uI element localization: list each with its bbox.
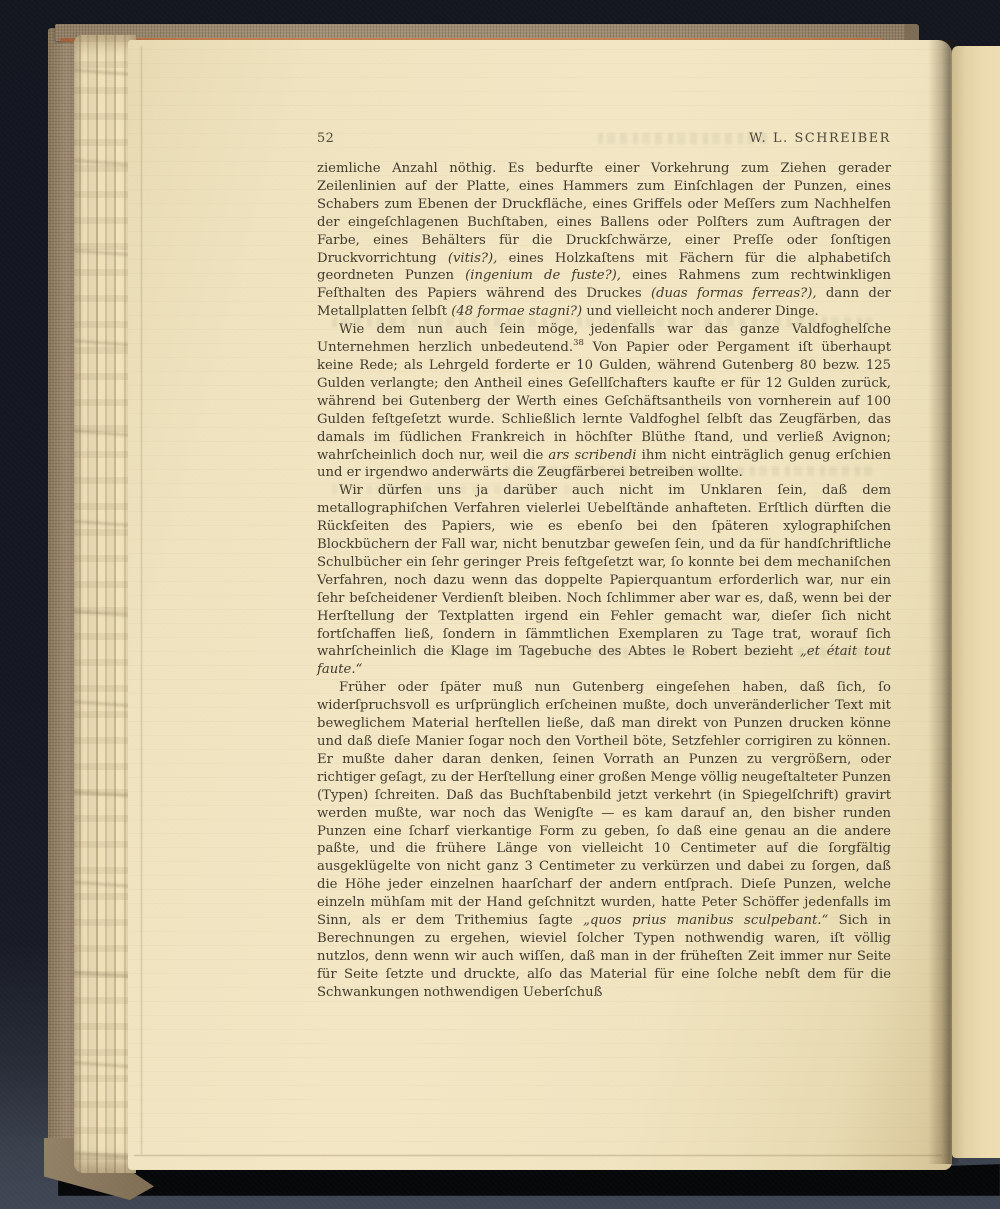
text-segment: (duas formas ferreas?), (651, 286, 817, 301)
footnote-reference: 38 (573, 338, 584, 348)
text-segment: „quos prius manibus sculpebant.“ (583, 913, 828, 928)
running-title: W. L. SCHREIBER (749, 131, 891, 146)
text-segment: und vielleicht noch anderer Dinge. (582, 304, 819, 319)
book-page-right-sliver (952, 46, 1000, 1158)
text-segment: (vitis?), (448, 251, 498, 266)
paragraph: Wir dürfen uns ja darüber auch nicht im … (317, 482, 891, 679)
text-segment: Von Papier oder Pergament iſt überhaupt … (317, 340, 891, 462)
body-text: ziemliche Anzahl nöthig. Es bedurfte ein… (317, 160, 891, 1002)
deckle-page-edges (74, 35, 136, 1173)
text-segment: Wir dürfen uns ja darüber auch nicht im … (317, 483, 891, 659)
text-segment: Früher oder ſpäter muß nun Gutenberg ein… (317, 680, 891, 928)
text-segment: (ingenium de fuste?), (465, 268, 621, 283)
paragraph: ziemliche Anzahl nöthig. Es bedurfte ein… (317, 160, 891, 321)
paragraph: Früher oder ſpäter muß nun Gutenberg ein… (317, 679, 891, 1001)
page-header: 52 W. L. SCHREIBER (317, 131, 891, 146)
paragraph: Wie dem nun auch ſein möge, jedenfalls w… (317, 321, 891, 482)
page-number: 52 (317, 131, 334, 146)
text-segment: (48 formae stagni?) (451, 304, 582, 319)
text-segment: ars scribendi (548, 448, 636, 463)
book-photo: 52 W. L. SCHREIBER ziemliche Anzahl nöth… (0, 0, 1000, 1209)
printed-text-block: 52 W. L. SCHREIBER ziemliche Anzahl nöth… (317, 131, 891, 1002)
under-page-edge-line (141, 46, 142, 1154)
